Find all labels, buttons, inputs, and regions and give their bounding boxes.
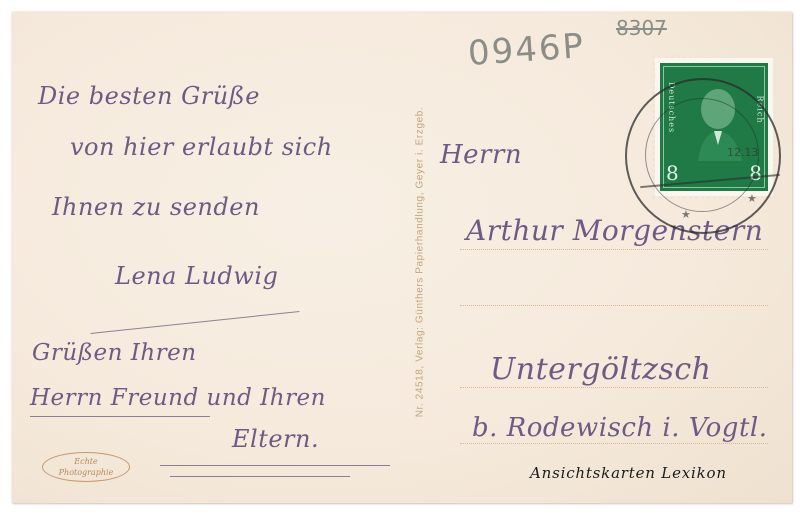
message-line-5: Grüßen Ihren (32, 340, 197, 366)
underline-3 (170, 476, 350, 477)
address-line-2 (460, 305, 768, 306)
inventory-number: 0946P (467, 26, 587, 74)
message-line-6: Herrn Freund und Ihren (30, 385, 326, 411)
message-line-7: Eltern. (232, 425, 319, 453)
message-line-4: Lena Ludwig (115, 262, 278, 290)
publisher-imprint: Nr. 24518, Verlag: Günthers Papierhandlu… (415, 107, 426, 418)
photo-mark-line1: Echte (43, 456, 129, 467)
address-line-3 (460, 387, 768, 388)
address-town: Untergöltzsch (490, 352, 712, 387)
address-line-1 (460, 249, 768, 250)
underline-2 (160, 465, 390, 466)
message-line-1: Die besten Grüße (38, 82, 260, 110)
address-region: b. Rodewisch i. Vogtl. (472, 413, 767, 443)
postmark-star-right: ★ (747, 192, 757, 205)
underline-1 (30, 416, 210, 417)
address-line-4 (460, 443, 768, 444)
photo-mark: Echte Photographie (42, 452, 130, 482)
photo-mark-line2: Photographie (43, 467, 129, 478)
postmark: 12.13 ★ ★ (625, 78, 781, 234)
crossed-out-number: 8307 (616, 16, 667, 40)
address-salutation: Herrn (440, 140, 522, 170)
postmark-star-left: ★ (681, 208, 691, 221)
message-line-3: Ihnen zu senden (52, 193, 260, 221)
message-line-2: von hier erlaubt sich (70, 133, 333, 161)
watermark: Ansichtskarten Lexikon (530, 464, 727, 482)
postmark-date: 12.13 (727, 146, 759, 159)
